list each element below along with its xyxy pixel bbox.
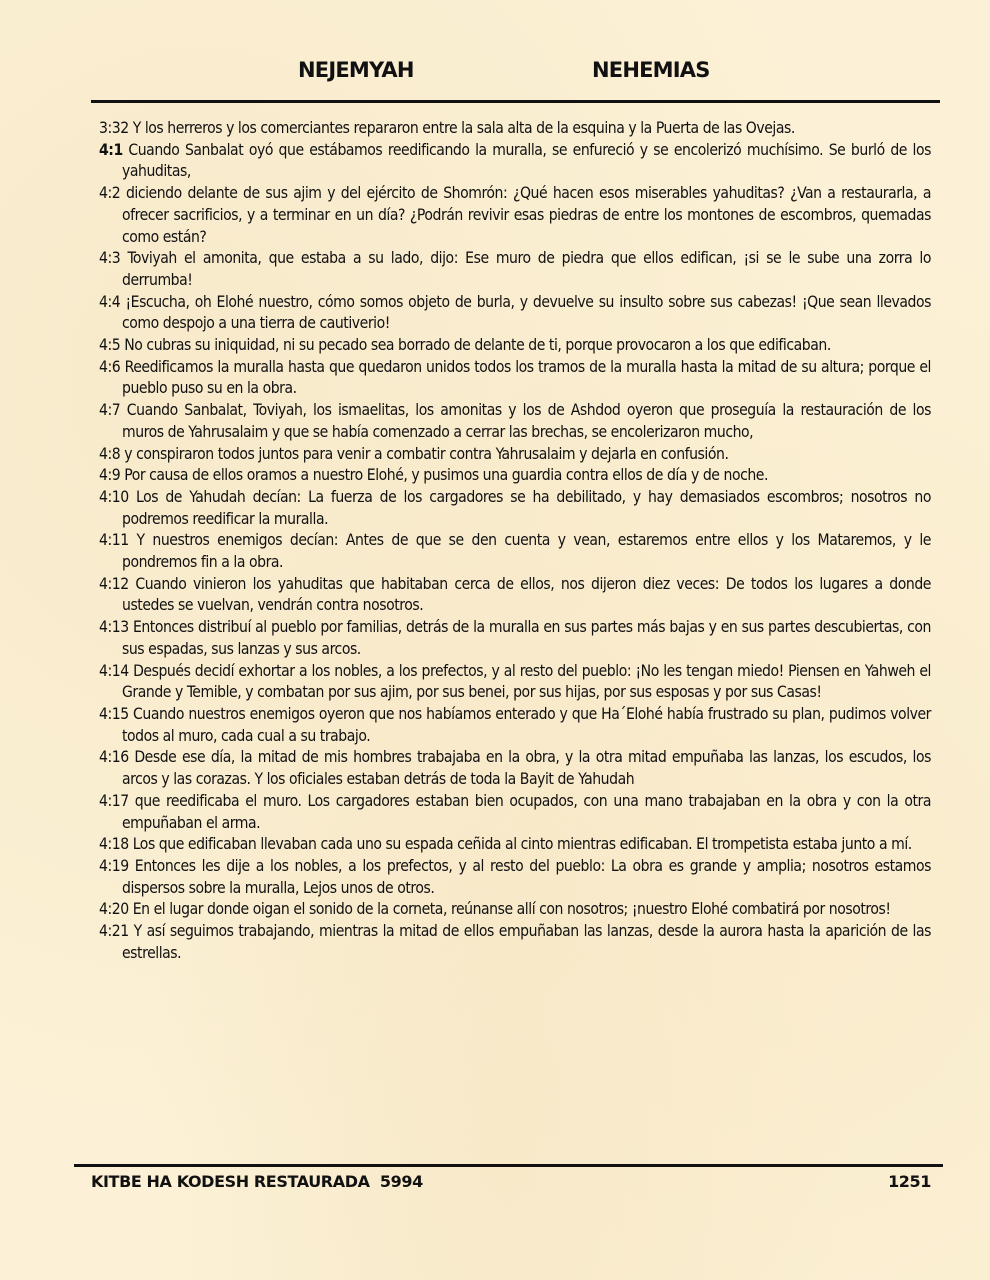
verse-reference: 4:12 bbox=[99, 575, 129, 593]
verse-reference: 4:3 bbox=[99, 249, 120, 267]
verse: 4:7 Cuando Sanbalat, Toviyah, los ismael… bbox=[99, 400, 931, 443]
verse-text: Por causa de ellos oramos a nuestro Eloh… bbox=[124, 466, 768, 484]
verse-reference: 3:32 bbox=[99, 119, 129, 137]
verse-reference: 4:11 bbox=[99, 531, 129, 549]
verse-text: Entonces distribuí al pueblo por familia… bbox=[122, 618, 931, 658]
verse-text: diciendo delante de sus ajim y del ejérc… bbox=[122, 184, 931, 245]
page-header: NEJEMYAH NEHEMIAS bbox=[0, 58, 990, 92]
verse-text: Cuando Sanbalat oyó que estábamos reedif… bbox=[122, 141, 931, 181]
verse: 4:11 Y nuestros enemigos decían: Antes d… bbox=[99, 530, 931, 573]
verse-reference: 4:1 bbox=[99, 141, 123, 159]
verse: 4:17 que reedificaba el muro. Los cargad… bbox=[99, 791, 931, 834]
verse-reference: 4:21 bbox=[99, 922, 129, 940]
verse-text: Y así seguimos trabajando, mientras la m… bbox=[122, 922, 931, 962]
verse-reference: 4:5 bbox=[99, 336, 120, 354]
verse: 4:3 Toviyah el amonita, que estaba a su … bbox=[99, 248, 931, 291]
verse: 4:19 Entonces les dije a los nobles, a l… bbox=[99, 856, 931, 899]
verse-list: 3:32 Y los herreros y los comerciantes r… bbox=[99, 118, 931, 964]
verse-reference: 4:4 bbox=[99, 293, 120, 311]
verse-text: Y los herreros y los comerciantes repara… bbox=[133, 119, 795, 137]
verse: 4:16 Desde ese día, la mitad de mis homb… bbox=[99, 747, 931, 790]
hebrew-book-title: NEJEMYAH bbox=[298, 58, 414, 82]
verse: 4:1 Cuando Sanbalat oyó que estábamos re… bbox=[99, 140, 931, 183]
verse: 4:2 diciendo delante de sus ajim y del e… bbox=[99, 183, 931, 248]
verse-reference: 4:19 bbox=[99, 857, 129, 875]
spanish-book-title: NEHEMIAS bbox=[592, 58, 710, 82]
verse: 4:8 y conspiraron todos juntos para veni… bbox=[99, 444, 931, 466]
verse: 4:9 Por causa de ellos oramos a nuestro … bbox=[99, 465, 931, 487]
verse-reference: 4:20 bbox=[99, 900, 129, 918]
verse-reference: 4:7 bbox=[99, 401, 120, 419]
verse-text: Los de Yahudah decían: La fuerza de los … bbox=[122, 488, 931, 528]
verse-reference: 4:16 bbox=[99, 748, 129, 766]
footer-book-title: KITBE HA KODESH RESTAURADA 5994 bbox=[91, 1172, 423, 1191]
verse-text: Cuando Sanbalat, Toviyah, los ismaelitas… bbox=[122, 401, 931, 441]
verse-text: Y nuestros enemigos decían: Antes de que… bbox=[122, 531, 931, 571]
page-number: 1251 bbox=[888, 1172, 931, 1191]
verse-text: Después decidí exhortar a los nobles, a … bbox=[122, 662, 931, 702]
verse-text: ¡Escucha, oh Elohé nuestro, cómo somos o… bbox=[122, 293, 931, 333]
verse-reference: 4:2 bbox=[99, 184, 120, 202]
verse: 3:32 Y los herreros y los comerciantes r… bbox=[99, 118, 931, 140]
verse-reference: 4:13 bbox=[99, 618, 129, 636]
verse: 4:12 Cuando vinieron los yahuditas que h… bbox=[99, 574, 931, 617]
verse-reference: 4:14 bbox=[99, 662, 129, 680]
verse: 4:18 Los que edificaban llevaban cada un… bbox=[99, 834, 931, 856]
verse-text: Entonces les dije a los nobles, a los pr… bbox=[122, 857, 931, 897]
verse: 4:14 Después decidí exhortar a los noble… bbox=[99, 661, 931, 704]
verse: 4:13 Entonces distribuí al pueblo por fa… bbox=[99, 617, 931, 660]
verse: 4:15 Cuando nuestros enemigos oyeron que… bbox=[99, 704, 931, 747]
verse: 4:20 En el lugar donde oigan el sonido d… bbox=[99, 899, 931, 921]
verse: 4:6 Reedificamos la muralla hasta que qu… bbox=[99, 357, 931, 400]
footer-divider bbox=[74, 1164, 943, 1167]
verse-reference: 4:8 bbox=[99, 445, 120, 463]
verse-reference: 4:17 bbox=[99, 792, 129, 810]
verse: 4:4 ¡Escucha, oh Elohé nuestro, cómo som… bbox=[99, 292, 931, 335]
verse-text: Desde ese día, la mitad de mis hombres t… bbox=[122, 748, 931, 788]
verse: 4:21 Y así seguimos trabajando, mientras… bbox=[99, 921, 931, 964]
verse-text: Los que edificaban llevaban cada uno su … bbox=[133, 835, 912, 853]
verse-reference: 4:15 bbox=[99, 705, 129, 723]
verse-text: Toviyah el amonita, que estaba a su lado… bbox=[122, 249, 931, 289]
verse-text: Cuando nuestros enemigos oyeron que nos … bbox=[122, 705, 931, 745]
verse-text: que reedificaba el muro. Los cargadores … bbox=[122, 792, 931, 832]
verse-text: No cubras su iniquidad, ni su pecado sea… bbox=[124, 336, 831, 354]
verse-text: Cuando vinieron los yahuditas que habita… bbox=[122, 575, 931, 615]
verse-reference: 4:18 bbox=[99, 835, 129, 853]
verse-reference: 4:10 bbox=[99, 488, 129, 506]
header-divider bbox=[91, 100, 940, 103]
verse-reference: 4:9 bbox=[99, 466, 120, 484]
verse: 4:5 No cubras su iniquidad, ni su pecado… bbox=[99, 335, 931, 357]
verse: 4:10 Los de Yahudah decían: La fuerza de… bbox=[99, 487, 931, 530]
verse-text: y conspiraron todos juntos para venir a … bbox=[124, 445, 728, 463]
verse-text: Reedificamos la muralla hasta que quedar… bbox=[122, 358, 931, 398]
verse-reference: 4:6 bbox=[99, 358, 120, 376]
verse-text: En el lugar donde oigan el sonido de la … bbox=[133, 900, 891, 918]
